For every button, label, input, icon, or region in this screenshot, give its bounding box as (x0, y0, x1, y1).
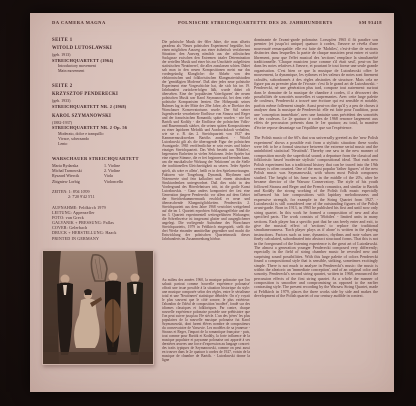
work-lutoslawski: WITOLD LUTOSLAWSKI (geb. 1913) STREICHQU… (52, 46, 158, 73)
work-title: STREICHQUARTETT NR. 2 (1968) (52, 104, 158, 110)
liner-notes-column-1: Die polnische Musik der 60er Jahre, die … (162, 40, 250, 362)
timings-side2: 2: 7'20 9'42 5'11 (52, 194, 158, 199)
timings: ZEITEN: 1: 8'04 10'09 2: 7'20 9'42 5'11 (52, 189, 158, 199)
ensemble-member: Zbigniew Lorbig Violoncello (52, 179, 144, 184)
quartet-photo (42, 250, 154, 365)
quartet-photo-image (43, 251, 153, 364)
ensemble-name: WARSCHAUER STREICHQUARTETT (52, 156, 158, 162)
side2-label: SEITE 2 (52, 84, 158, 90)
composer-dates: (geb. 1933) (52, 98, 158, 103)
work-szymanowski: KAROL SZYMANOWSKI (1882-1937) STREICHQUA… (52, 114, 158, 146)
album-title: POLNISCHE STREICHQUARTETTE DES 20. JAHRH… (178, 20, 322, 25)
credit-line: PRINTED IN GERMANY (52, 236, 158, 241)
liner-notes-french-part2: dominante de l'avant-garde polonaise. Lo… (254, 38, 378, 130)
album-back-cover: DA CAMERA MAGNA POLNISCHE STREICHQUARTET… (30, 13, 394, 392)
tracklist: SEITE 1 WITOLD LUTOSLAWSKI (geb. 1913) S… (52, 38, 158, 241)
catalog-number: SM 93418 (359, 20, 382, 25)
liner-notes-column-2: dominante de l'avant-garde polonaise. Lo… (254, 38, 378, 370)
label-imprint: DA CAMERA MAGNA (52, 20, 106, 25)
production-credits: AUFNAHME: Feldkirch 1979 LEITUNG: Appenz… (52, 205, 158, 241)
movement: Lento (52, 141, 158, 146)
work-penderecki: KRZYSZTOF PENDERECKI (geb. 1933) STREICH… (52, 92, 158, 109)
member-instrument: Violoncello (104, 179, 144, 184)
liner-notes-german: Die polnische Musik der 60er Jahre, die … (162, 40, 250, 273)
member-name: Zbigniew Lorbig (52, 179, 104, 184)
side1-label: SEITE 1 (52, 38, 158, 44)
liner-notes-french-part1: Au milieu des années 1960, la musique po… (162, 278, 250, 362)
movement: Main movement (52, 68, 158, 73)
composer-dates: (1882-1937) (52, 120, 158, 125)
composer-dates: (geb. 1913) (52, 52, 158, 57)
liner-notes-english: The Polish music of the 60's that was un… (254, 136, 378, 298)
